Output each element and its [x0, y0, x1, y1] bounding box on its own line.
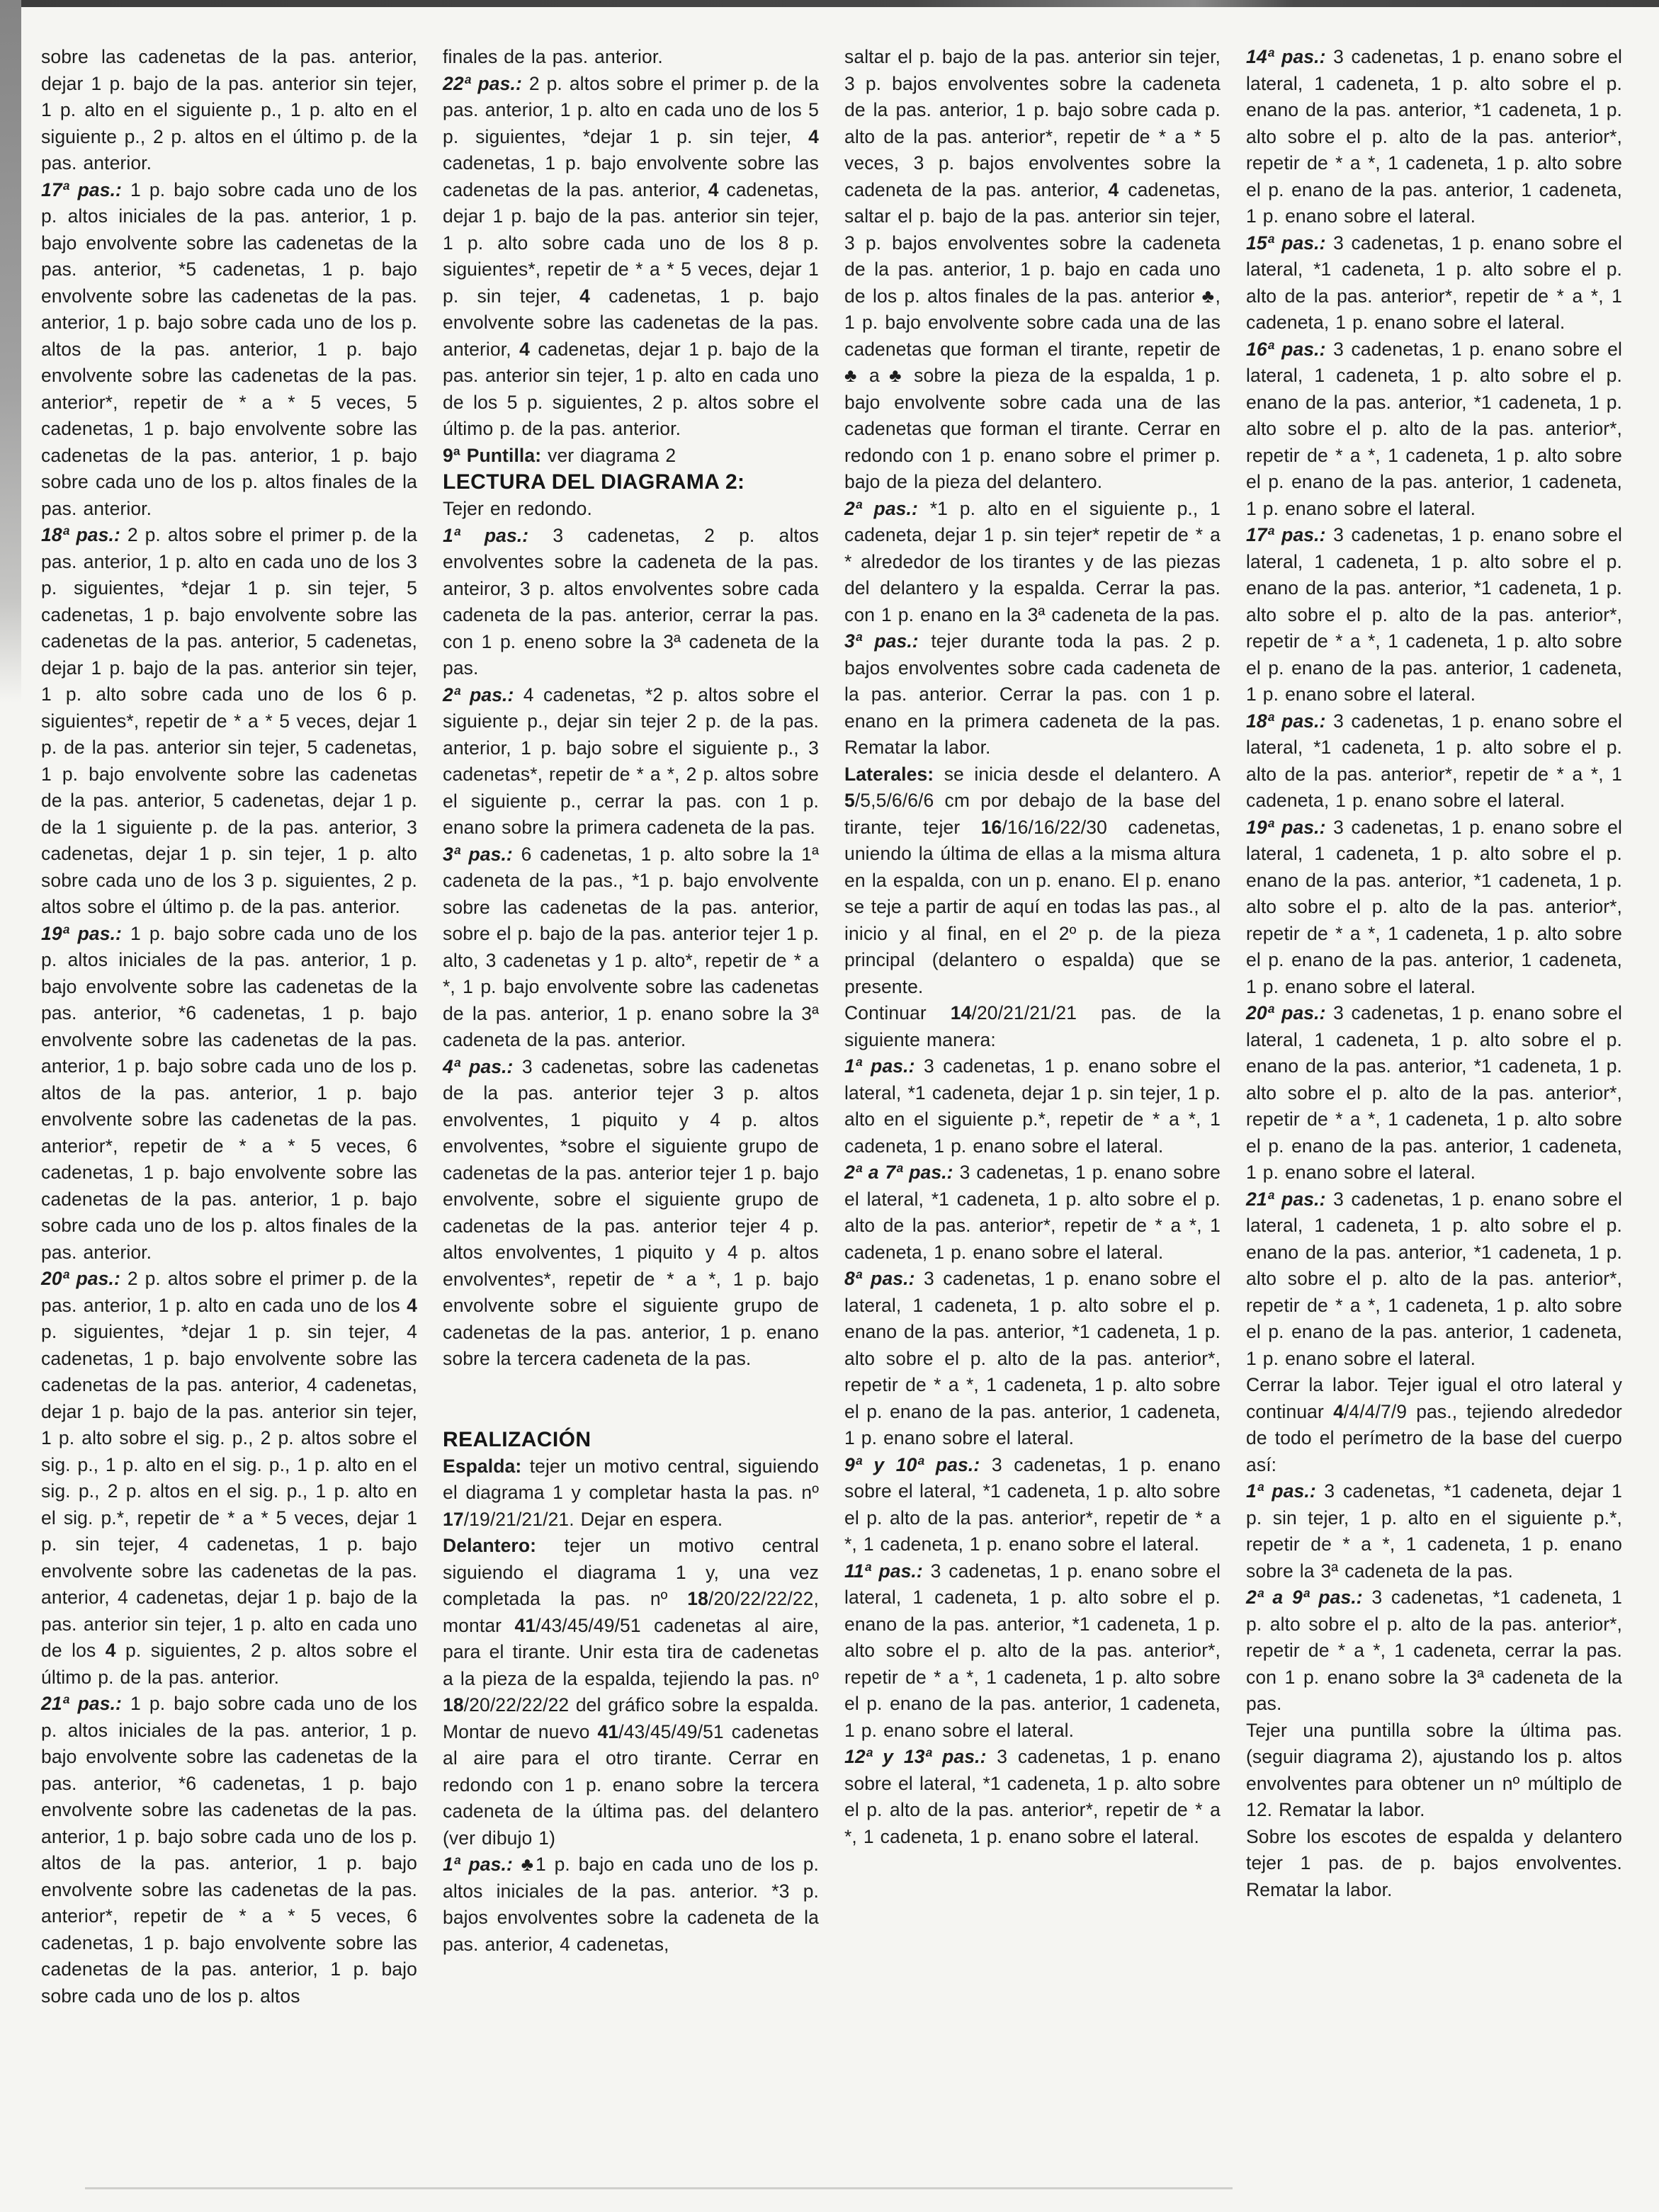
text-run: 4 [579, 285, 590, 307]
text-run: /19/21/21/21. Dejar en espera. [464, 1509, 723, 1530]
text-run: 2 p. altos sobre el primer p. de la pas.… [41, 524, 417, 917]
text-run: a [860, 365, 889, 386]
row-label: 9ª Puntilla: [443, 445, 548, 466]
row-label: 2ª a 9ª pas.: [1246, 1587, 1371, 1608]
paragraph: 4ª pas.: 3 cadenetas, sobre las cadeneta… [443, 1054, 819, 1373]
paragraph: 2ª pas.: 4 cadenetas, *2 p. altos sobre … [443, 682, 819, 841]
text-run: Tejer una puntilla sobre la última pas. … [1246, 1720, 1622, 1821]
paragraph: Laterales: se inicia desde el delantero.… [844, 761, 1221, 1001]
row-label: 18ª pas.: [41, 524, 128, 545]
text-run: 6 cadenetas, 1 p. alto sobre la 1ª caden… [443, 844, 819, 1051]
paragraph: 11ª pas.: 3 cadenetas, 1 p. enano sobre … [844, 1558, 1221, 1745]
paragraph: 2ª a 9ª pas.: 3 cadenetas, *1 cadeneta, … [1246, 1584, 1622, 1718]
paragraph: 1ª pas.: ♣1 p. bajo en cada uno de los p… [443, 1851, 819, 1958]
text-run: 3 cadenetas, 1 p. enano sobre el lateral… [844, 1560, 1221, 1741]
text-run: ver diagrama 2 [548, 445, 676, 466]
text-run: 4 [1109, 179, 1119, 200]
paragraph: 20ª pas.: 2 p. altos sobre el primer p. … [41, 1266, 417, 1691]
row-label: 2ª pas.: [844, 498, 930, 519]
text-run: 3 cadenetas, 1 p. enano sobre el lateral… [1246, 524, 1622, 705]
paragraph: 21ª pas.: 3 cadenetas, 1 p. enano sobre … [1246, 1186, 1622, 1373]
text-run: LECTURA DEL DIAGRAMA 2: [443, 470, 744, 494]
row-label: Espalda: [443, 1456, 530, 1477]
text-run: 4 [708, 179, 719, 200]
text-run: se inicia desde el delantero. A [944, 764, 1221, 785]
row-label: 20ª pas.: [41, 1268, 128, 1289]
row-label: Delantero: [443, 1535, 565, 1556]
row-label: 3ª pas.: [844, 630, 931, 652]
paragraph: 17ª pas.: 1 p. bajo sobre cada uno de lo… [41, 177, 417, 523]
row-label: 1ª pas.: [443, 1854, 521, 1875]
paragraph: 2ª a 7ª pas.: 3 cadenetas, 1 p. enano so… [844, 1159, 1221, 1266]
row-label: 19ª pas.: [41, 923, 130, 944]
text-run: 3 cadenetas, 1 p. enano sobre el lateral… [1246, 817, 1622, 997]
paragraph: 14ª pas.: 3 cadenetas, 1 p. enano sobre … [1246, 44, 1622, 230]
text-column-1: sobre las cadenetas de la pas. anterior,… [41, 44, 417, 2009]
row-label: 1ª pas.: [1246, 1480, 1324, 1502]
row-label: 19ª pas.: [1246, 817, 1333, 838]
paragraph: 19ª pas.: 1 p. bajo sobre cada uno de lo… [41, 921, 417, 1266]
paragraph: 15ª pas.: 3 cadenetas, 1 p. enano sobre … [1246, 230, 1622, 336]
page-top-edge [0, 0, 1659, 7]
paragraph: saltar el p. bajo de la pas. anterior si… [844, 44, 1221, 496]
row-label: 16ª pas.: [1246, 339, 1333, 360]
row-label: 4ª pas.: [443, 1056, 522, 1077]
paragraph: 19ª pas.: 3 cadenetas, 1 p. enano sobre … [1246, 815, 1622, 1001]
text-run: 5 [844, 790, 855, 811]
paragraph: 21ª pas.: 1 p. bajo sobre cada uno de lo… [41, 1691, 417, 2009]
text-run: 3 cadenetas, 1 p. enano sobre el lateral… [1246, 1002, 1622, 1183]
text-run: ♣ [844, 365, 860, 386]
paragraph: Continuar 14/20/21/21/21 pas. de la sigu… [844, 1000, 1221, 1053]
text-run: 14 [951, 1002, 972, 1023]
row-label: 15ª pas.: [1246, 232, 1333, 254]
paragraph: 1ª pas.: 3 cadenetas, 1 p. enano sobre e… [844, 1053, 1221, 1159]
text-run: 3 cadenetas, sobre las cadenetas de la p… [443, 1056, 819, 1370]
crochet-pattern-text: sobre las cadenetas de la pas. anterior,… [41, 44, 1622, 2184]
text-run: 41 [598, 1721, 619, 1742]
paragraph: Tejer una puntilla sobre la última pas. … [1246, 1718, 1622, 1824]
row-label: 17ª pas.: [41, 179, 130, 200]
text-run: 17 [443, 1509, 464, 1530]
text-run: ♣ [889, 365, 905, 386]
section-heading: LECTURA DEL DIAGRAMA 2: [443, 469, 819, 496]
text-run: 4 [106, 1640, 116, 1661]
text-run: Sobre los escotes de espalda y delantero… [1246, 1826, 1622, 1900]
row-label: 20ª pas.: [1246, 1002, 1333, 1023]
section-heading: REALIZACIÓN [443, 1427, 819, 1453]
paragraph: 22ª pas.: 2 p. altos sobre el primer p. … [443, 71, 819, 443]
row-label: 14ª pas.: [1246, 46, 1333, 67]
page-bottom-edge [85, 2187, 1233, 2189]
text-run: 4 [407, 1295, 417, 1316]
text-run: saltar el p. bajo de la pas. anterior si… [844, 46, 1221, 200]
text-run: 16 [981, 817, 1002, 838]
text-run: ♣ [1202, 285, 1216, 307]
paragraph: 9ª y 10ª pas.: 3 cadenetas, 1 p. enano s… [844, 1452, 1221, 1558]
row-label: 17ª pas.: [1246, 524, 1333, 545]
text-run: ♣ [521, 1854, 536, 1875]
text-column-4: 14ª pas.: 3 cadenetas, 1 p. enano sobre … [1246, 44, 1622, 2009]
text-run: 4 [1333, 1401, 1344, 1422]
row-label: 8ª pas.: [844, 1268, 924, 1289]
text-run: 1 p. bajo sobre cada uno de los p. altos… [41, 1693, 417, 2007]
magazine-page: sobre las cadenetas de la pas. anterior,… [0, 0, 1659, 2212]
text-run: Continuar [844, 1002, 951, 1023]
paragraph: 3ª pas.: 6 cadenetas, 1 p. alto sobre la… [443, 841, 819, 1054]
text-run: Tejer en redondo. [443, 498, 592, 519]
paragraph: Tejer en redondo. [443, 496, 819, 523]
text-run: REALIZACIÓN [443, 1428, 591, 1451]
row-label: 1ª pas.: [443, 525, 553, 546]
paragraph: 1ª pas.: 3 cadenetas, *1 cadeneta, dejar… [1246, 1478, 1622, 1584]
paragraph: 3ª pas.: tejer durante toda la pas. 2 p.… [844, 628, 1221, 761]
paragraph: 20ª pas.: 3 cadenetas, 1 p. enano sobre … [1246, 1000, 1622, 1186]
row-label: 12ª y 13ª pas.: [844, 1746, 997, 1767]
row-label: 2ª pas.: [443, 684, 523, 705]
text-run: 3 cadenetas, 2 p. altos envolventes sobr… [443, 525, 819, 679]
paragraph: 1ª pas.: 3 cadenetas, 2 p. altos envolve… [443, 523, 819, 682]
text-run: 3 cadenetas, 1 p. enano sobre el lateral… [1246, 1189, 1622, 1369]
row-label: 2ª a 7ª pas.: [844, 1162, 960, 1183]
text-run: 3 cadenetas, 1 p. enano sobre el lateral… [1246, 339, 1622, 519]
paragraph: 12ª y 13ª pas.: 3 cadenetas, 1 p. enano … [844, 1744, 1221, 1850]
text-column-3: saltar el p. bajo de la pas. anterior si… [844, 44, 1221, 2009]
text-run: p. siguientes, *dejar 1 p. sin tejer, 4 … [41, 1321, 417, 1661]
text-run: 18 [687, 1588, 708, 1609]
page-left-edge [0, 0, 21, 703]
text-run: 3 cadenetas, 1 p. enano sobre el lateral… [1246, 46, 1622, 227]
paragraph: 9ª Puntilla: ver diagrama 2 [443, 443, 819, 470]
text-run: 4 [808, 126, 819, 147]
paragraph: sobre las cadenetas de la pas. anterior,… [41, 44, 417, 177]
row-label: 22ª pas.: [443, 73, 529, 94]
paragraph: 2ª pas.: *1 p. alto en el siguiente p., … [844, 496, 1221, 629]
text-run: 3 cadenetas, 1 p. enano sobre el lateral… [844, 1268, 1221, 1448]
row-label: 11ª pas.: [844, 1560, 931, 1582]
text-run: 4 cadenetas, *2 p. altos sobre el siguie… [443, 684, 819, 839]
text-run: 41 [514, 1615, 536, 1636]
text-run: /16/16/22/30 cadenetas, uniendo la últim… [844, 817, 1221, 997]
row-label: 9ª y 10ª pas.: [844, 1454, 992, 1475]
paragraph: Delantero: tejer un motivo central sigui… [443, 1533, 819, 1851]
text-run: 4 [519, 339, 530, 360]
paragraph: 17ª pas.: 3 cadenetas, 1 p. enano sobre … [1246, 522, 1622, 708]
row-label: 21ª pas.: [1246, 1189, 1333, 1210]
paragraph: 18ª pas.: 2 p. altos sobre el primer p. … [41, 522, 417, 921]
row-label: Laterales: [844, 764, 944, 785]
text-run: sobre las cadenetas de la pas. anterior,… [41, 46, 417, 174]
row-label: 1ª pas.: [844, 1055, 924, 1077]
row-label: 3ª pas.: [443, 844, 521, 865]
paragraph: 18ª pas.: 3 cadenetas, 1 p. enano sobre … [1246, 708, 1622, 815]
text-run: 18 [443, 1694, 464, 1715]
paragraph: Sobre los escotes de espalda y delantero… [1246, 1824, 1622, 1904]
text-column-2: finales de la pas. anterior.22ª pas.: 2 … [443, 44, 819, 2009]
paragraph: Cerrar la labor. Tejer igual el otro lat… [1246, 1372, 1622, 1478]
paragraph: 8ª pas.: 3 cadenetas, 1 p. enano sobre e… [844, 1266, 1221, 1452]
paragraph: 16ª pas.: 3 cadenetas, 1 p. enano sobre … [1246, 336, 1622, 523]
paragraph: finales de la pas. anterior. [443, 44, 819, 71]
text-run: finales de la pas. anterior. [443, 46, 663, 67]
text-run: 1 p. bajo sobre cada uno de los p. altos… [41, 923, 417, 1263]
text-run: 1 p. bajo sobre cada uno de los p. altos… [41, 179, 417, 519]
row-label: 18ª pas.: [1246, 710, 1333, 732]
row-label: 21ª pas.: [41, 1693, 130, 1714]
paragraph: Espalda: tejer un motivo central, siguie… [443, 1453, 819, 1533]
